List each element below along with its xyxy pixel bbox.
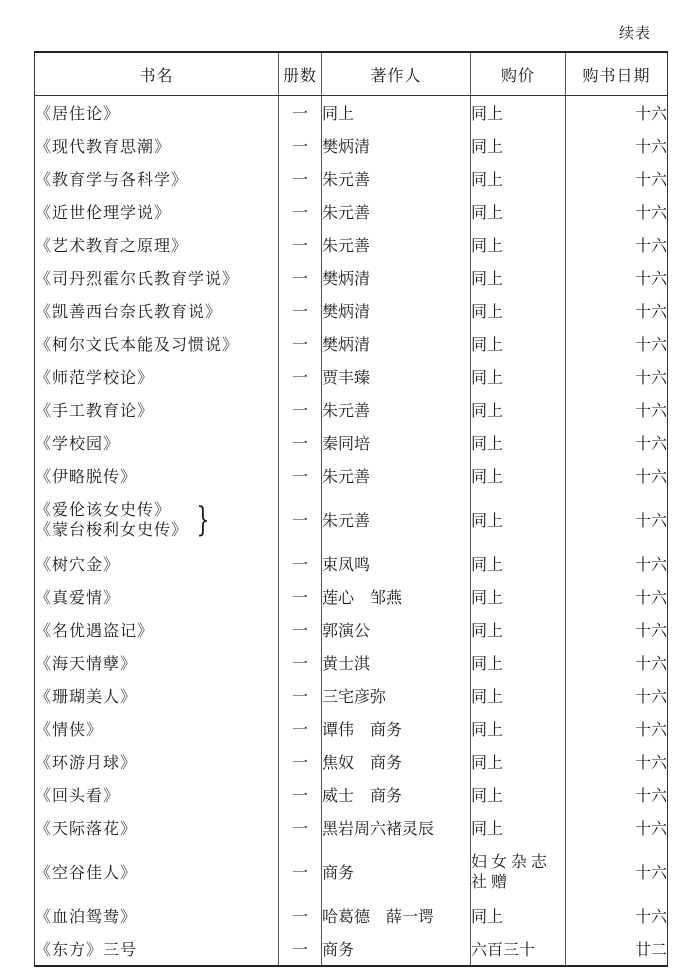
cell-title: 《师范学校论》 <box>35 360 279 393</box>
cell-volumes: 一 <box>279 327 322 360</box>
table-row: 《情侠》 一 谭伟 商务 同上 十六 <box>35 712 668 745</box>
table-row: 《司丹烈霍尔氏教育学说》 一 樊炳清 同上 十六 <box>35 261 668 294</box>
cell-volumes: 一 <box>279 899 322 932</box>
cell-title: 《环游月球》 <box>35 745 279 778</box>
cell-date: 十六 <box>566 162 668 195</box>
cell-volumes: 一 <box>279 646 322 679</box>
cell-title-line2: 《蒙台梭利女史传》 <box>35 520 188 540</box>
cell-title: 《树穴金》 <box>35 547 279 580</box>
cell-price: 同上 <box>471 899 566 932</box>
cell-volumes: 一 <box>279 712 322 745</box>
cell-price: 同上 <box>471 294 566 327</box>
cell-author: 樊炳清 <box>322 261 471 294</box>
cell-date: 十六 <box>566 613 668 646</box>
cell-volumes: 一 <box>279 393 322 426</box>
cell-price: 同上 <box>471 162 566 195</box>
cell-title: 《学校园》 <box>35 426 279 459</box>
cell-author: 束凤鸣 <box>322 547 471 580</box>
table-row: 《现代教育思潮》 一 樊炳清 同上 十六 <box>35 129 668 162</box>
cell-price: 同上 <box>471 613 566 646</box>
cell-volumes: 一 <box>279 162 322 195</box>
cell-author: 哈葛德 薛一谔 <box>322 899 471 932</box>
table-row: 《空谷佳人》 一 商务 妇女杂志社赠 十六 <box>35 844 668 899</box>
cell-price: 同上 <box>471 261 566 294</box>
cell-date: 十六 <box>566 899 668 932</box>
cell-volumes: 一 <box>279 360 322 393</box>
cell-date: 十六 <box>566 294 668 327</box>
table-row: 《柯尔文氏本能及习惯说》 一 樊炳清 同上 十六 <box>35 327 668 360</box>
cell-title: 《司丹烈霍尔氏教育学说》 <box>35 261 279 294</box>
cell-price: 同上 <box>471 459 566 492</box>
cell-author: 朱元善 <box>322 393 471 426</box>
cell-date: 十六 <box>566 327 668 360</box>
cell-volumes: 一 <box>279 195 322 228</box>
cell-date: 十六 <box>566 712 668 745</box>
cell-author: 同上 <box>322 96 471 130</box>
header-title: 书名 <box>35 52 279 96</box>
cell-volumes: 一 <box>279 547 322 580</box>
cell-title: 《回头看》 <box>35 778 279 811</box>
cell-volumes: 一 <box>279 492 322 547</box>
table-row: 《树穴金》 一 束凤鸣 同上 十六 <box>35 547 668 580</box>
cell-price: 同上 <box>471 360 566 393</box>
cell-volumes: 一 <box>279 426 322 459</box>
cell-author: 朱元善 <box>322 228 471 261</box>
cell-title: 《名优遇盗记》 <box>35 613 279 646</box>
cell-date: 十六 <box>566 360 668 393</box>
table-row: 《凯善西台奈氏教育说》 一 樊炳清 同上 十六 <box>35 294 668 327</box>
header-author: 著作人 <box>322 52 471 96</box>
cell-title: 《柯尔文氏本能及习惯说》 <box>35 327 279 360</box>
cell-date: 十六 <box>566 811 668 844</box>
cell-volumes: 一 <box>279 580 322 613</box>
cell-date: 十六 <box>566 129 668 162</box>
cell-date: 十六 <box>566 426 668 459</box>
cell-price: 同上 <box>471 745 566 778</box>
cell-volumes: 一 <box>279 129 322 162</box>
cell-author: 莲心 邹燕 <box>322 580 471 613</box>
cell-title-line1: 《爱伦该女史传》 <box>35 500 188 520</box>
cell-date: 十六 <box>566 459 668 492</box>
cell-author: 贾丰臻 <box>322 360 471 393</box>
cell-price: 同上 <box>471 492 566 547</box>
cell-author: 朱元善 <box>322 459 471 492</box>
table-row: 《近世伦理学说》 一 朱元善 同上 十六 <box>35 195 668 228</box>
cell-date: 十六 <box>566 492 668 547</box>
table-row: 《师范学校论》 一 贾丰臻 同上 十六 <box>35 360 668 393</box>
cell-price: 同上 <box>471 195 566 228</box>
cell-date: 十六 <box>566 195 668 228</box>
cell-title: 《艺术教育之原理》 <box>35 228 279 261</box>
cell-price: 同上 <box>471 679 566 712</box>
cell-volumes: 一 <box>279 96 322 130</box>
cell-title: 《教育学与各科学》 <box>35 162 279 195</box>
table-row: 《东方》三号 一 商务 六百三十 廿二 <box>35 932 668 966</box>
cell-volumes: 一 <box>279 745 322 778</box>
cell-date: 十六 <box>566 580 668 613</box>
cell-price: 同上 <box>471 811 566 844</box>
cell-title-pair: 《爱伦该女史传》 《蒙台梭利女史传》 } <box>35 492 279 547</box>
right-brace-icon: } <box>197 503 211 537</box>
cell-title: 《手工教育论》 <box>35 393 279 426</box>
cell-volumes: 一 <box>279 613 322 646</box>
cell-date: 十六 <box>566 778 668 811</box>
cell-price: 同上 <box>471 580 566 613</box>
cell-price: 同上 <box>471 129 566 162</box>
cell-price: 同上 <box>471 327 566 360</box>
cell-author: 商务 <box>322 932 471 966</box>
cell-title: 《现代教育思潮》 <box>35 129 279 162</box>
table-row: 《学校园》 一 秦同培 同上 十六 <box>35 426 668 459</box>
cell-date: 十六 <box>566 393 668 426</box>
cell-title: 《真爱情》 <box>35 580 279 613</box>
cell-volumes: 一 <box>279 261 322 294</box>
table-row: 《环游月球》 一 焦奴 商务 同上 十六 <box>35 745 668 778</box>
table-continued-caption: 续表 <box>619 22 651 43</box>
cell-price-text: 妇女杂志社赠 <box>471 852 555 892</box>
cell-date: 十六 <box>566 547 668 580</box>
table-row: 《艺术教育之原理》 一 朱元善 同上 十六 <box>35 228 668 261</box>
cell-author: 威士 商务 <box>322 778 471 811</box>
cell-date: 十六 <box>566 646 668 679</box>
cell-title: 《空谷佳人》 <box>35 844 279 899</box>
table-row: 《名优遇盗记》 一 郭演公 同上 十六 <box>35 613 668 646</box>
cell-date: 十六 <box>566 228 668 261</box>
cell-volumes: 一 <box>279 811 322 844</box>
cell-date: 十六 <box>566 745 668 778</box>
cell-author: 樊炳清 <box>322 327 471 360</box>
cell-author: 秦同培 <box>322 426 471 459</box>
table-row: 《血泊鸳鸯》 一 哈葛德 薛一谔 同上 十六 <box>35 899 668 932</box>
table-row: 《回头看》 一 威士 商务 同上 十六 <box>35 778 668 811</box>
cell-volumes: 一 <box>279 679 322 712</box>
cell-price: 妇女杂志社赠 <box>471 844 566 899</box>
cell-author: 朱元善 <box>322 492 471 547</box>
cell-price: 同上 <box>471 96 566 130</box>
cell-price: 六百三十 <box>471 932 566 966</box>
cell-author: 郭演公 <box>322 613 471 646</box>
cell-volumes: 一 <box>279 228 322 261</box>
table-row: 《珊瑚美人》 一 三宅彦弥 同上 十六 <box>35 679 668 712</box>
table-header-row: 书名 册数 著作人 购价 购书日期 <box>35 52 668 96</box>
cell-title: 《近世伦理学说》 <box>35 195 279 228</box>
cell-title: 《凯善西台奈氏教育说》 <box>35 294 279 327</box>
table-row: 《天际落花》 一 黑岩周六褚灵辰 同上 十六 <box>35 811 668 844</box>
cell-title: 《海天情孽》 <box>35 646 279 679</box>
table-row: 《手工教育论》 一 朱元善 同上 十六 <box>35 393 668 426</box>
table-row: 《伊略脱传》 一 朱元善 同上 十六 <box>35 459 668 492</box>
cell-author: 谭伟 商务 <box>322 712 471 745</box>
table-row: 《居住论》 一 同上 同上 十六 <box>35 96 668 130</box>
cell-volumes: 一 <box>279 844 322 899</box>
cell-title: 《珊瑚美人》 <box>35 679 279 712</box>
cell-price: 同上 <box>471 778 566 811</box>
cell-volumes: 一 <box>279 294 322 327</box>
cell-author: 黄士淇 <box>322 646 471 679</box>
cell-author: 樊炳清 <box>322 129 471 162</box>
cell-title: 《血泊鸳鸯》 <box>35 899 279 932</box>
cell-date: 十六 <box>566 96 668 130</box>
table-row-combined: 《爱伦该女史传》 《蒙台梭利女史传》 } 一 朱元善 同上 十六 <box>35 492 668 547</box>
table-row: 《教育学与各科学》 一 朱元善 同上 十六 <box>35 162 668 195</box>
cell-title: 《伊略脱传》 <box>35 459 279 492</box>
cell-volumes: 一 <box>279 459 322 492</box>
cell-author: 焦奴 商务 <box>322 745 471 778</box>
cell-price: 同上 <box>471 547 566 580</box>
book-purchase-table: 书名 册数 著作人 购价 购书日期 《居住论》 一 同上 同上 十六 《现代教育… <box>34 51 668 967</box>
cell-author: 朱元善 <box>322 195 471 228</box>
cell-author: 商务 <box>322 844 471 899</box>
cell-title: 《东方》三号 <box>35 932 279 966</box>
cell-volumes: 一 <box>279 778 322 811</box>
cell-price: 同上 <box>471 426 566 459</box>
cell-date: 廿二 <box>566 932 668 966</box>
cell-date: 十六 <box>566 261 668 294</box>
cell-title: 《居住论》 <box>35 96 279 130</box>
cell-price: 同上 <box>471 712 566 745</box>
cell-author: 黑岩周六褚灵辰 <box>322 811 471 844</box>
header-price: 购价 <box>471 52 566 96</box>
cell-price: 同上 <box>471 646 566 679</box>
header-volumes: 册数 <box>279 52 322 96</box>
header-date: 购书日期 <box>566 52 668 96</box>
table-row: 《海天情孽》 一 黄士淇 同上 十六 <box>35 646 668 679</box>
cell-price: 同上 <box>471 228 566 261</box>
cell-author: 朱元善 <box>322 162 471 195</box>
table-row: 《真爱情》 一 莲心 邹燕 同上 十六 <box>35 580 668 613</box>
cell-author: 樊炳清 <box>322 294 471 327</box>
cell-price: 同上 <box>471 393 566 426</box>
cell-volumes: 一 <box>279 932 322 966</box>
cell-title: 《天际落花》 <box>35 811 279 844</box>
cell-date: 十六 <box>566 844 668 899</box>
cell-date: 十六 <box>566 679 668 712</box>
cell-author: 三宅彦弥 <box>322 679 471 712</box>
cell-title: 《情侠》 <box>35 712 279 745</box>
